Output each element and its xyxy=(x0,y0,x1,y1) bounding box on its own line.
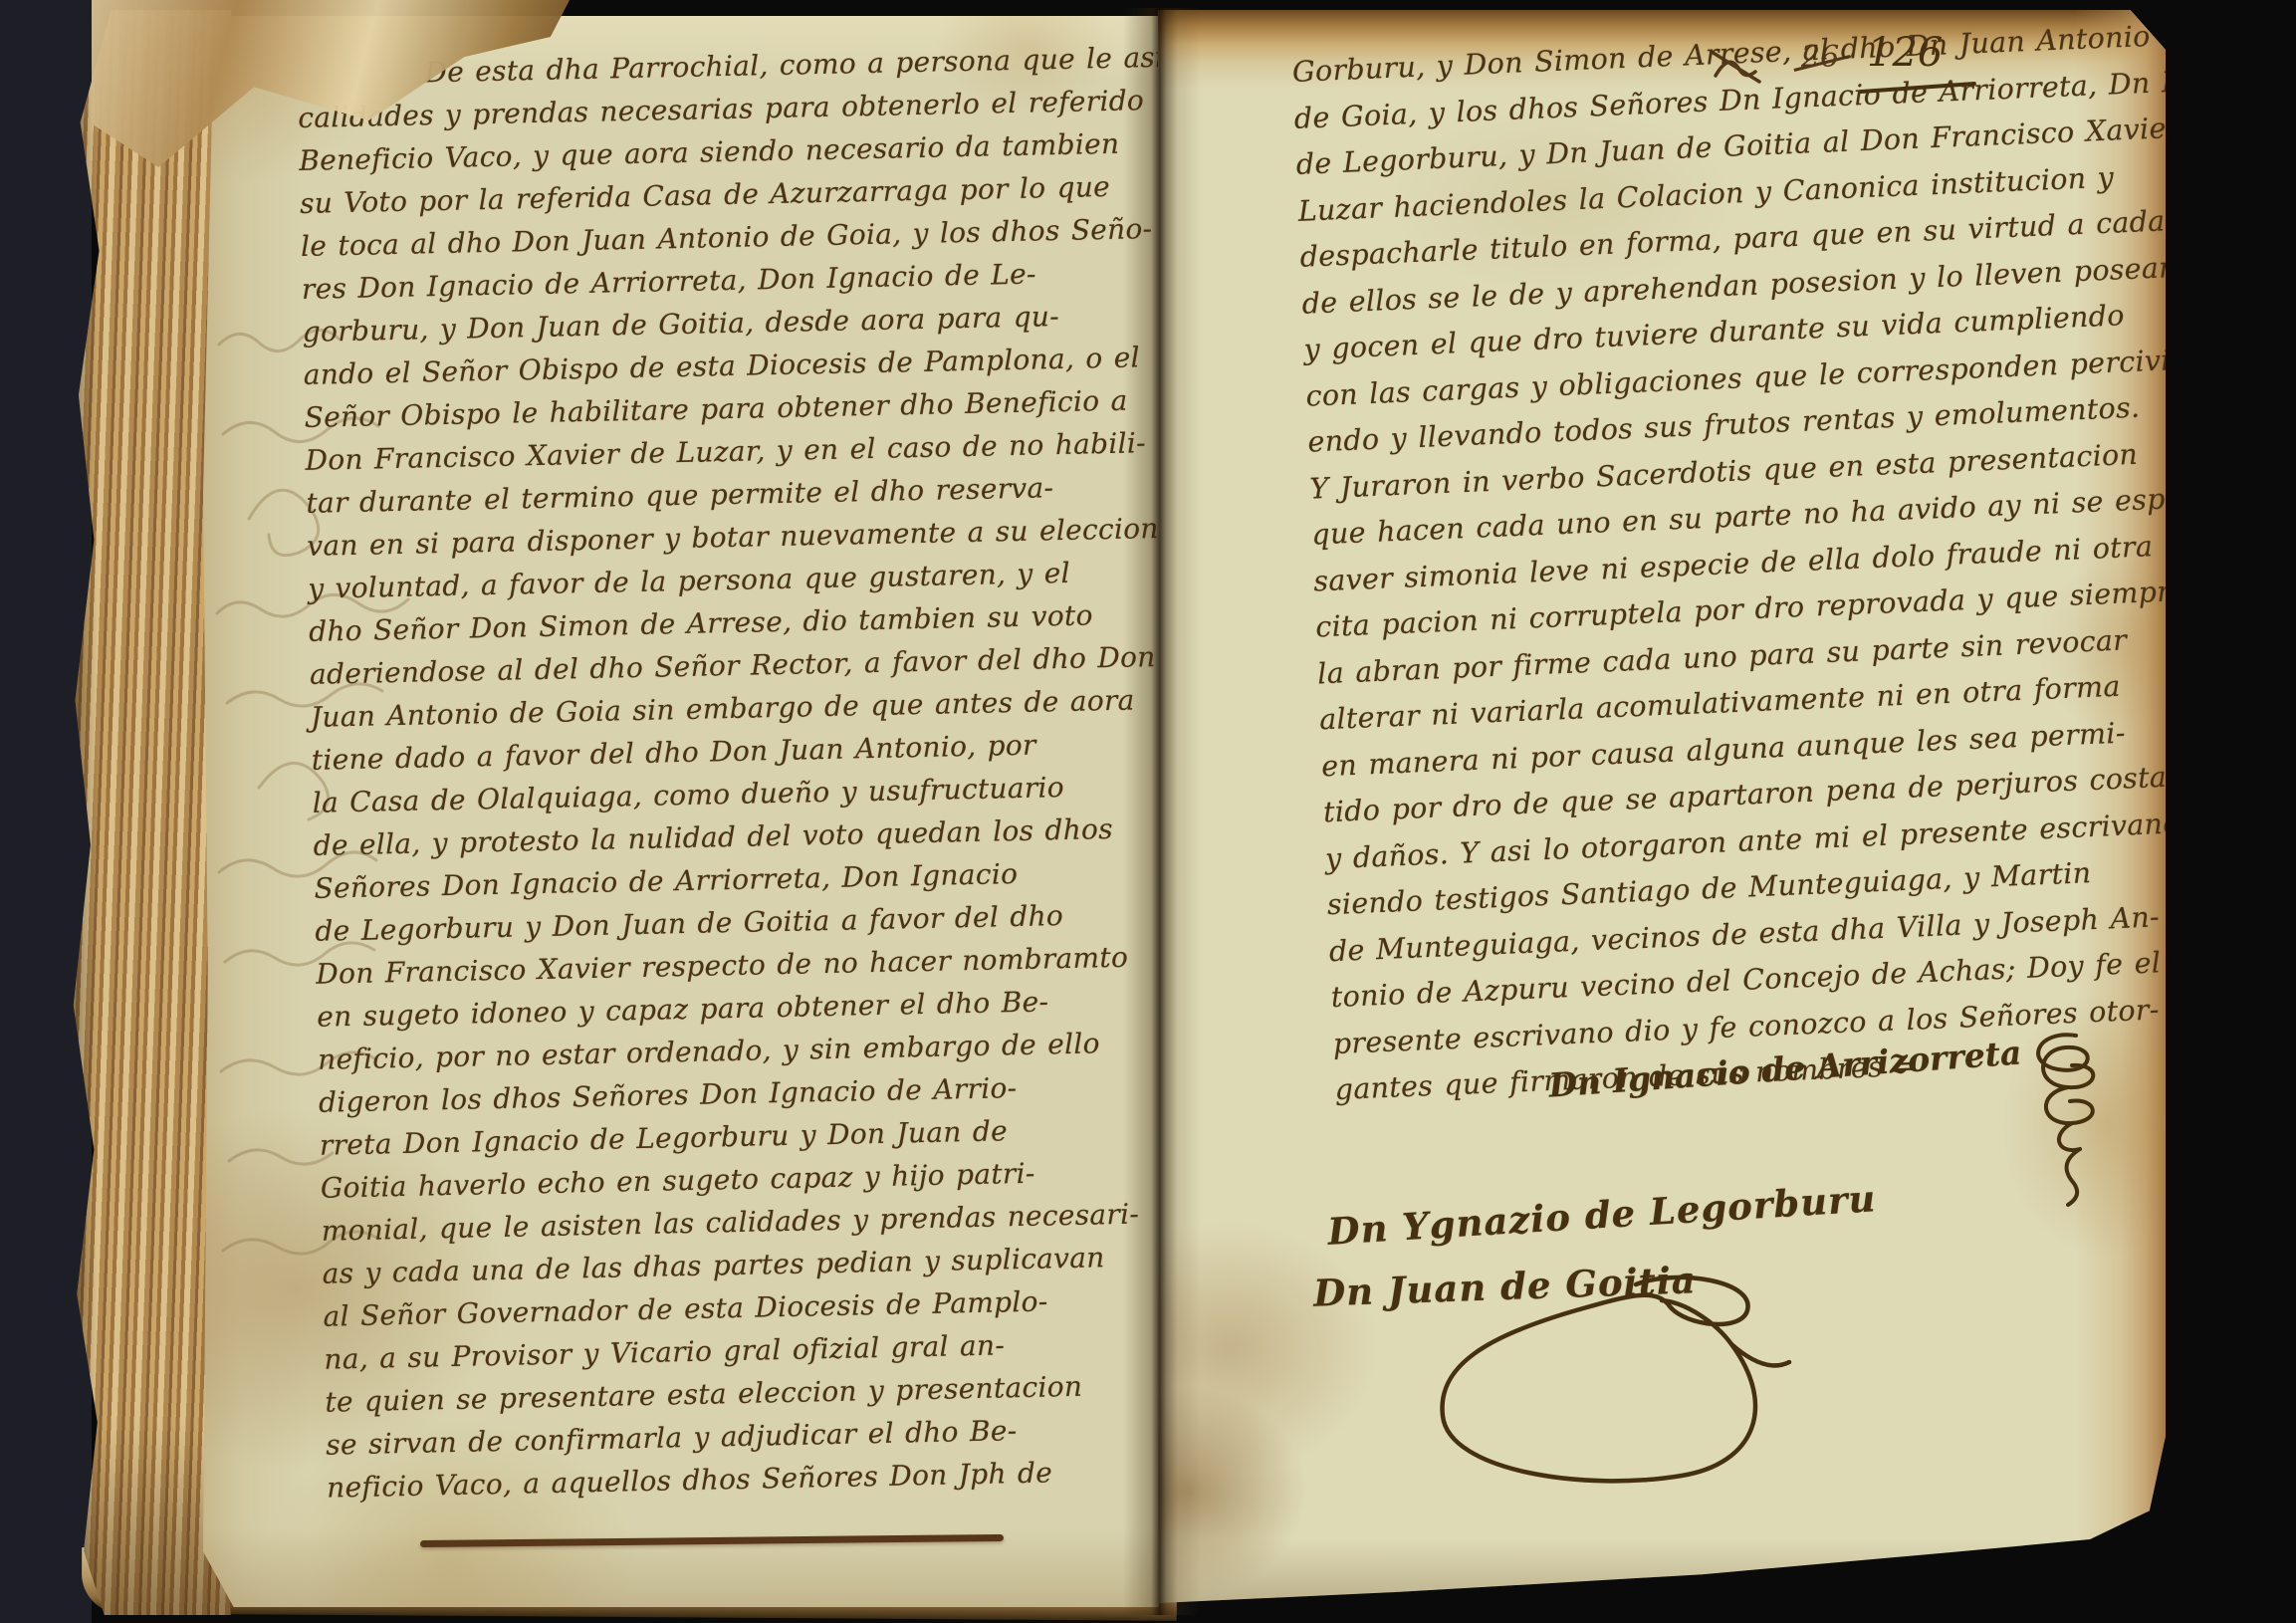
right-page: 26 126 Gorburu, y Don Simon de Arrese, a… xyxy=(1158,10,2166,1603)
manuscript-text-left: De esta dha Parrochial, como a persona q… xyxy=(297,36,1189,1509)
closing-ink-rule xyxy=(420,1534,1004,1547)
signature-paraph-flourish xyxy=(1427,1267,1825,1506)
manuscript-text-right: Gorburu, y Don Simon de Arrese, al dho D… xyxy=(1291,14,2199,1114)
left-page: De esta dha Parrochial, como a persona q… xyxy=(203,16,1159,1607)
manuscript-book-scan: De esta dha Parrochial, como a persona q… xyxy=(0,0,2296,1623)
signature-rubric-flourish xyxy=(2006,1024,2136,1213)
signature-legorburu: Dn Ygnazio de Legorburu xyxy=(1326,1176,1877,1254)
scan-background-strip xyxy=(0,0,92,1623)
